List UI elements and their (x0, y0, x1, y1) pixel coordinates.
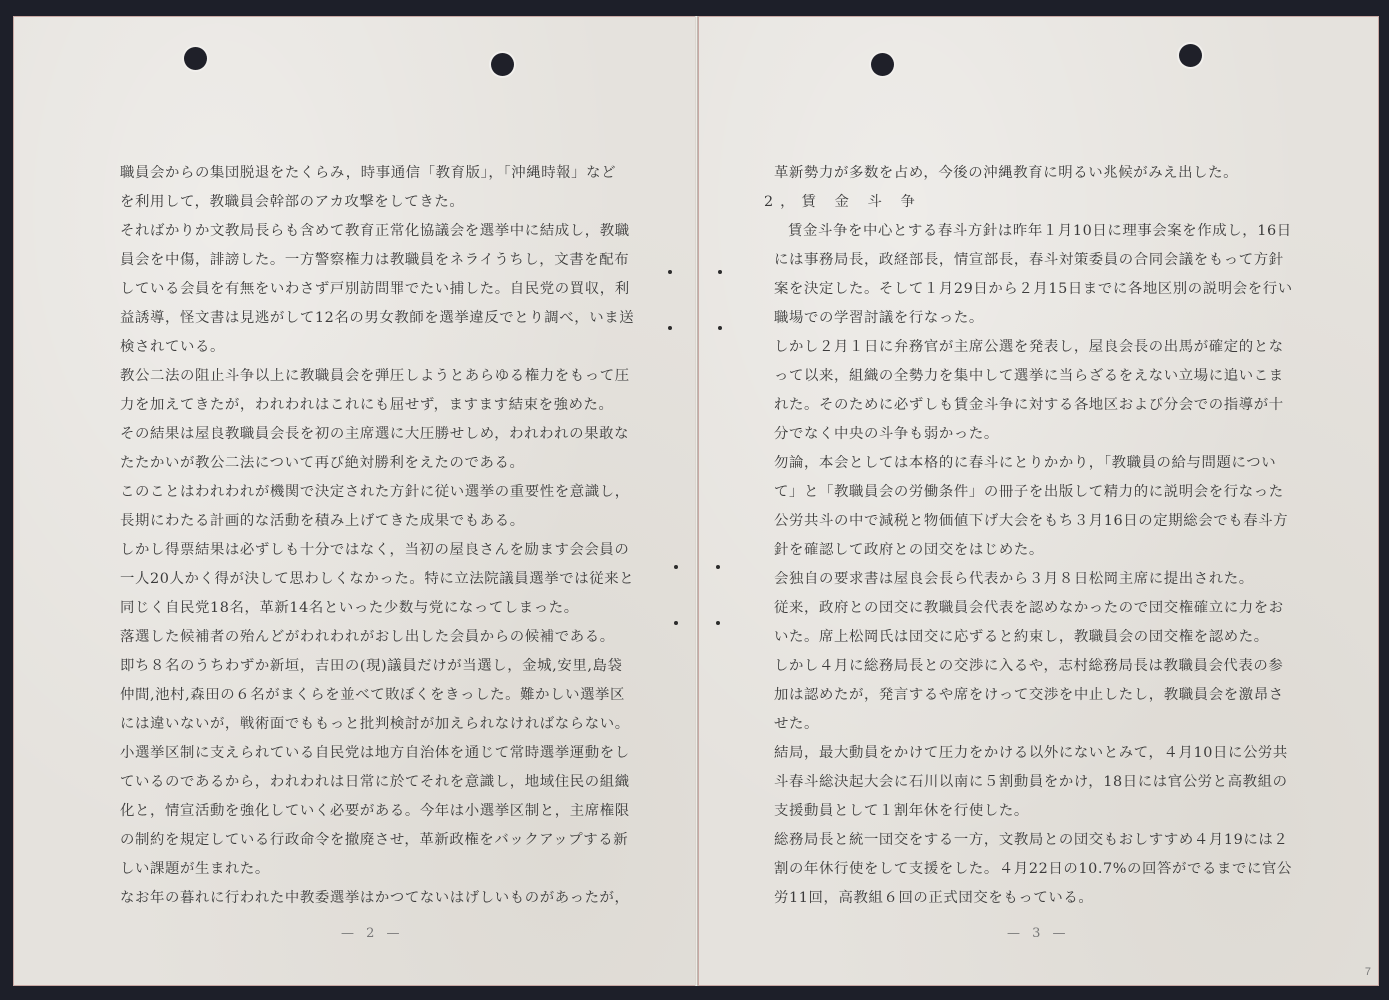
text-line: 落選した候補者の殆んどがわれわれがおし出した会員からの候補である。 (120, 623, 634, 652)
text-line: 一人20人かく得が決して思わしくなかった。特に立法院議員選挙では従来と (120, 565, 634, 594)
text-line: 公労共斗の中で減税と物価値下げ大会をもち３月16日の定期総会でも春斗方 (774, 507, 1293, 536)
text-line: て」と「教職員会の労働条件」の冊子を出版して精力的に説明会を行なった (774, 478, 1293, 507)
text-line: たたかいが教公二法について再び絶対勝利をえたのである。 (120, 449, 634, 478)
text-line: 同じく自民党18名，革新14名といった少数与党になってしまった。 (120, 594, 634, 623)
staple-hole (716, 565, 720, 569)
text-line: 案を決定した。そして１月29日から２月15日までに各地区別の説明会を行い (774, 275, 1293, 304)
text-line: 労11回，高教組６回の正式団交をもっている。 (774, 884, 1293, 913)
text-line: って以来，組織の全勢力を集中して選挙に当らざるをえない立場に追いこま (774, 362, 1293, 391)
text-line: 勿論，本会としては本格的に春斗にとりかかり，「教職員の給与問題につい (774, 449, 1293, 478)
punch-hole (184, 47, 207, 70)
text-line: なお年の暮れに行われた中教委選挙はかつてないはげしいものがあったが， (120, 884, 634, 913)
text-line: 小選挙区制に支えられている自民党は地方自治体を通じて常時選挙運動をし (120, 739, 634, 768)
text-line: しい課題が生まれた。 (120, 855, 634, 884)
left-page-body: 職員会からの集団脱退をたくらみ，時事通信「教育版」，「沖縄時報」などを利用して，… (120, 159, 634, 913)
text-line: しかし４月に総務局長との交渉に入るや，志村総務局長は教職員会代表の参 (774, 652, 1293, 681)
text-line: その結果は屋良教職員会長を初の主席選に大圧勝せしめ，われわれの果敢な (120, 420, 634, 449)
page-number: — 3 — (1007, 926, 1070, 941)
text-line: を利用して，教職員会幹部のアカ攻撃をしてきた。 (120, 188, 634, 217)
text-line: いた。席上松岡氏は団交に応ずると約束し，教職員会の団交権を認めた。 (774, 623, 1293, 652)
text-line: 員会を中傷，誹謗した。一方警察権力は教職員をネライうちし，文書を配布 (120, 246, 634, 275)
text-line: 職場での学習討議を行なった。 (774, 304, 1293, 333)
right-page: 革新勢力が多数を占め，今後の沖縄教育に明るい兆候がみえ出した。2，賃 金 斗 争… (697, 16, 1379, 986)
text-line: 益誘導，怪文書は見逃がして12名の男女教師を選挙違反でとり調べ，いま送 (120, 304, 634, 333)
text-line: している会員を有無をいわさず戸別訪問罪でたい捕した。自民党の買収，利 (120, 275, 634, 304)
text-line: 化と，情宣活動を強化していく必要がある。今年は小選挙区制と，主席権限 (120, 797, 634, 826)
text-line: 職員会からの集団脱退をたくらみ，時事通信「教育版」，「沖縄時報」など (120, 159, 634, 188)
text-line: には違いないが，戦術面でももっと批判検討が加えられなければならない。 (120, 710, 634, 739)
text-line: 賃金斗争を中心とする春斗方針は昨年１月10日に理事会案を作成し，16日 (774, 217, 1293, 246)
text-line: 仲間,池村,森田の６名がまくらを並べて敗ぼくをきっした。難かしい選挙区 (120, 681, 634, 710)
text-line: 力を加えてきたが，われわれはこれにも屈せず，ますます結束を強めた。 (120, 391, 634, 420)
page-number: — 2 — (341, 926, 404, 941)
text-line: 斗春斗総決起大会に石川以南に５割動員をかけ，18日には官公労と高教組の (774, 768, 1293, 797)
text-line: 総務局長と統一団交をする一方，文教局との団交もおしすすめ４月19には２ (774, 826, 1293, 855)
text-line: しかし２月１日に弁務官が主席公選を発表し，屋良会長の出馬が確定的とな (774, 333, 1293, 362)
text-line: 割の年休行使をして支援をした。４月22日の10.7%の回答がでるまでに官公 (774, 855, 1293, 884)
text-line: しかし得票結果は必ずしも十分ではなく，当初の屋良さんを励ます会会員の (120, 536, 634, 565)
section-heading: 2，賃 金 斗 争 (764, 188, 1293, 217)
text-line: 教公二法の阻止斗争以上に教職員会を弾圧しようとあらゆる権力をもって圧 (120, 362, 634, 391)
staple-hole (668, 270, 672, 274)
text-line: 従来，政府との団交に教職員会代表を認めなかったので団交権確立に力をお (774, 594, 1293, 623)
text-line: 検されている。 (120, 333, 634, 362)
text-line: 結局，最大動員をかけて圧力をかける以外にないとみて，４月10日に公労共 (774, 739, 1293, 768)
punch-hole (871, 53, 894, 76)
text-line: ているのであるから，われわれは日常に於てそれを意識し，地域住民の組織 (120, 768, 634, 797)
staple-hole (674, 621, 678, 625)
punch-hole (491, 53, 514, 76)
left-page: 職員会からの集団脱退をたくらみ，時事通信「教育版」，「沖縄時報」などを利用して，… (13, 16, 697, 986)
text-line: そればかりか文教局長らも含めて教育正常化協議会を選挙中に結成し，教職 (120, 217, 634, 246)
staple-hole (716, 621, 720, 625)
text-line: には事務局長，政経部長，情宣部長，春斗対策委員の合同会議をもって方針 (774, 246, 1293, 275)
text-line: 加は認めたが，発言するや席をけって交渉を中止したし，教職員会を激昂さ (774, 681, 1293, 710)
text-line: 分でなく中央の斗争も弱かった。 (774, 420, 1293, 449)
text-line: 会独自の要求書は屋良会長ら代表から３月８日松岡主席に提出された。 (774, 565, 1293, 594)
staple-hole (718, 270, 722, 274)
text-line: 支援動員として１割年休を行使した。 (774, 797, 1293, 826)
text-line: このことはわれわれが機関で決定された方針に従い選挙の重要性を意識し， (120, 478, 634, 507)
right-page-body: 革新勢力が多数を占め，今後の沖縄教育に明るい兆候がみえ出した。2，賃 金 斗 争… (774, 159, 1293, 913)
staple-hole (718, 326, 722, 330)
staple-hole (668, 326, 672, 330)
text-line: の制約を規定している行政命令を撤廃させ，革新政権をバックアップする新 (120, 826, 634, 855)
text-line: 針を確認して政府との団交をはじめた。 (774, 536, 1293, 565)
corner-mark: 7 (1365, 966, 1371, 978)
text-line: 長期にわたる計画的な活動を積み上げてきた成果でもある。 (120, 507, 634, 536)
text-line: 革新勢力が多数を占め，今後の沖縄教育に明るい兆候がみえ出した。 (774, 159, 1293, 188)
staple-hole (674, 565, 678, 569)
text-line: れた。そのために必ずしも賃金斗争に対する各地区および分会での指導が十 (774, 391, 1293, 420)
punch-hole (1179, 44, 1202, 67)
text-line: 即ち８名のうちわずか新垣，吉田の(現)議員だけが当選し，金城,安里,島袋 (120, 652, 634, 681)
text-line: せた。 (774, 710, 1293, 739)
